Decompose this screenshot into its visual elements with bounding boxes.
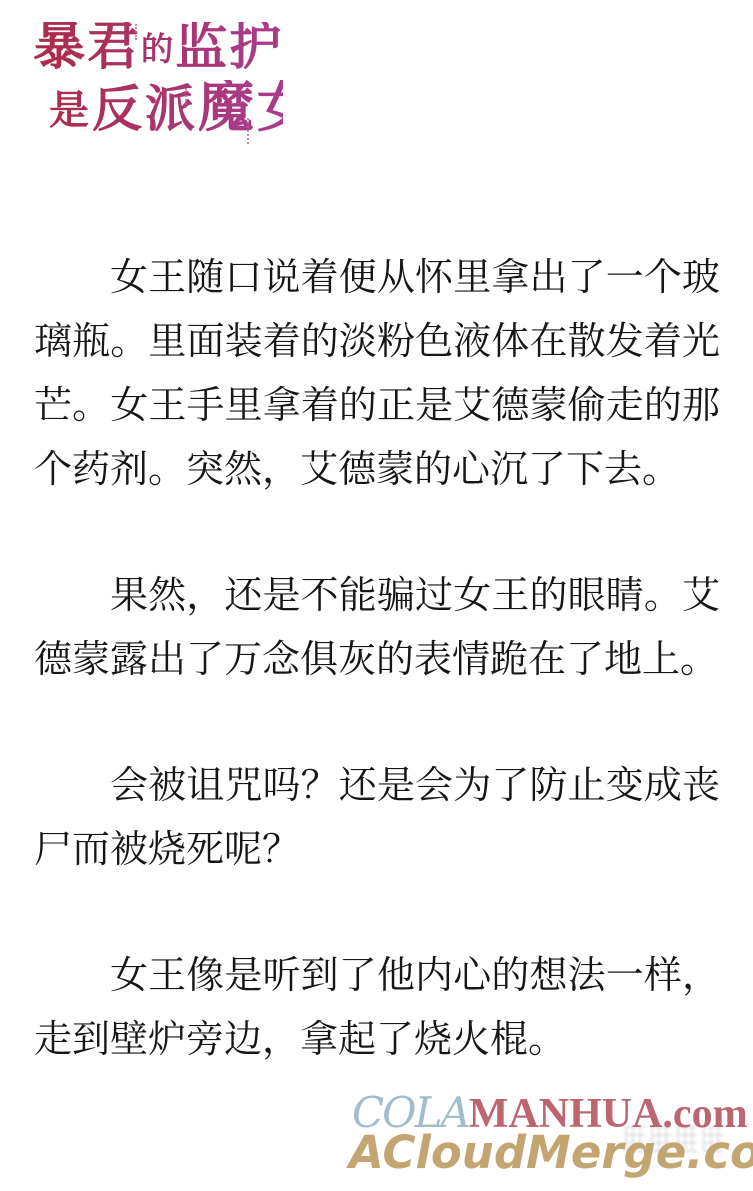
manhua-domain-text: MANHUA.com [469, 1091, 748, 1137]
logo-text-monv: 魔女 [198, 77, 316, 139]
acloudmerge-watermark: ACloudMerge.com [349, 1130, 753, 1175]
logo-ornament [185, 88, 187, 108]
logo-text-jianhuren: 监护人 [175, 19, 337, 76]
story-text: 女王随口说着便从怀里拿出了一个玻璃瓶。里面装着的淡粉色液体在散发着光芒。女王手里… [34, 246, 720, 1072]
cola-logo-text: COLA [352, 1088, 469, 1137]
story-paragraph: 会被诅咒吗？还是会为了防止变成丧尸而被烧死呢？ [34, 754, 720, 882]
logo-text-fanpai: 反派 [92, 81, 198, 137]
logo-text-baojun: 暴君 [33, 19, 141, 76]
series-logo: 暴君的监护人 是反派魔女 [33, 22, 283, 136]
logo-ornament [135, 24, 137, 40]
series-logo-line1: 暴君的监护人 [33, 22, 283, 74]
colamanhua-watermark: COLAMANHUA.com [352, 1092, 748, 1135]
story-paragraph: 果然，还是不能骗过女王的眼睛。艾德蒙露出了万念俱灰的表情跪在了地上。 [34, 564, 720, 692]
logo-text-de: 的 [141, 31, 175, 67]
series-logo-line2: 是反派魔女 [33, 80, 283, 136]
logo-ornament [247, 118, 249, 144]
faint-stamp [622, 1118, 748, 1160]
logo-text-shi: 是 [49, 88, 92, 133]
story-paragraph: 女王像是听到了他内心的想法一样，走到壁炉旁边，拿起了烧火棍。 [34, 944, 720, 1072]
story-paragraph: 女王随口说着便从怀里拿出了一个玻璃瓶。里面装着的淡粉色液体在散发着光芒。女王手里… [34, 246, 720, 502]
comic-text-page: 暴君的监护人 是反派魔女 女王随口说着便从怀里拿出了一个玻璃瓶。里面装着的淡粉色… [0, 0, 753, 1191]
